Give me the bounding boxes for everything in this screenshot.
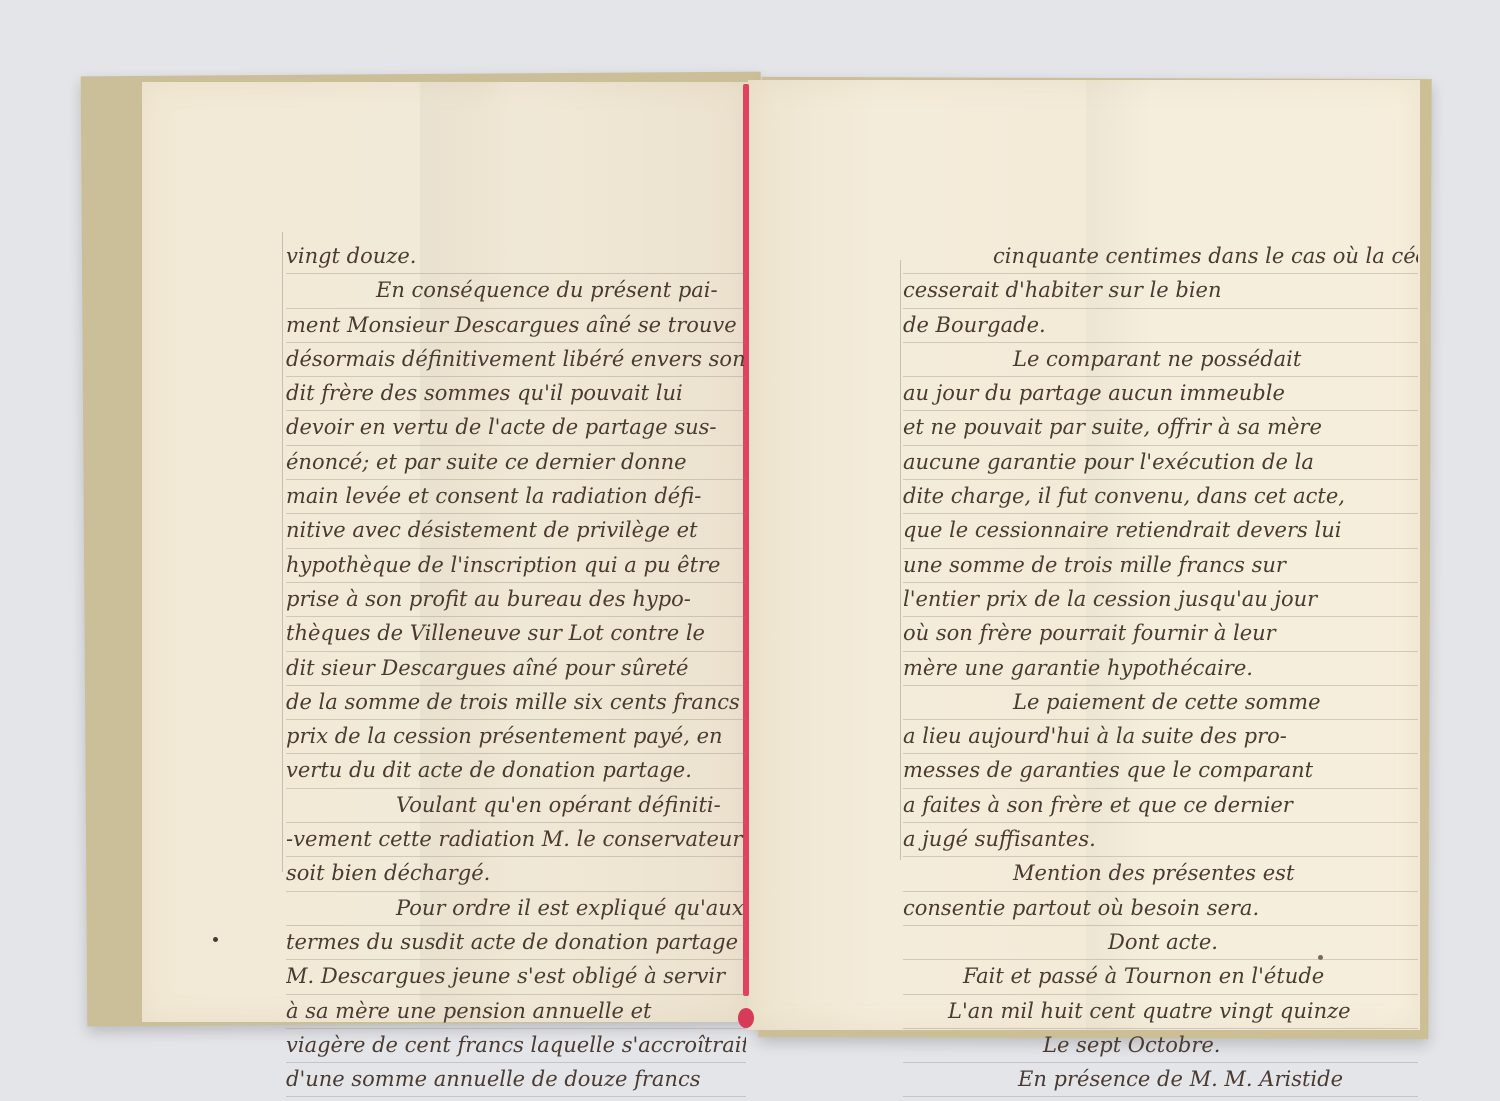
text-line: une somme de trois mille francs sur [903,549,1418,583]
text-line: Le comparant ne possédait [903,343,1418,377]
text-line: au jour du partage aucun immeuble [903,377,1418,411]
text-line: a lieu aujourd'hui à la suite des pro- [903,720,1418,754]
text-line: et ne pouvait par suite, offrir à sa mèr… [903,411,1418,445]
text-line: à sa mère une pension annuelle et [286,995,746,1029]
text-line: thèques de Villeneuve sur Lot contre le [286,617,746,651]
text-line: aucune garantie pour l'exécution de la [903,446,1418,480]
text-line: a faites à son frère et que ce dernier [903,789,1418,823]
text-line: main levée et consent la radiation défi- [286,480,746,514]
text-line: Voulant qu'en opérant définiti- [286,789,746,823]
text-line: Le paiement de cette somme [903,686,1418,720]
ink-dot [213,937,218,942]
text-line: consentie partout où besoin sera. [903,892,1418,926]
text-line: désormais définitivement libéré envers s… [286,343,746,377]
text-line: l'entier prix de la cession jusqu'au jou… [903,583,1418,617]
left-page-text: vingt douze. En conséquence du présent p… [286,240,746,1097]
text-line: nitive avec désistement de privilège et [286,514,746,548]
text-line: dit frère des sommes qu'il pouvait lui [286,377,746,411]
text-line: messes de garanties que le comparant [903,754,1418,788]
text-line: cinquante centimes dans le cas où la céd… [903,240,1418,274]
text-line: Mention des présentes est [903,857,1418,891]
text-line: hypothèque de l'inscription qui a pu êtr… [286,549,746,583]
right-page-text: cinquante centimes dans le cas où la céd… [903,240,1418,1097]
text-line: dite charge, il fut convenu, dans cet ac… [903,480,1418,514]
text-line: cesserait d'habiter sur le bien [903,274,1418,308]
text-line: a jugé suffisantes. [903,823,1418,857]
text-line: ment Monsieur Descargues aîné se trouve [286,309,746,343]
text-line: En conséquence du présent pai- [286,274,746,308]
text-line: que le cessionnaire retiendrait devers l… [903,514,1418,548]
text-line: prix de la cession présentement payé, en [286,720,746,754]
text-line: Le sept Octobre. [903,1029,1418,1063]
text-line: M. Descargues jeune s'est obligé à servi… [286,960,746,994]
text-line: vingt douze. [286,240,746,274]
text-line: viagère de cent francs laquelle s'accroî… [286,1029,746,1063]
text-line: -vement cette radiation M. le conservate… [286,823,746,857]
left-margin-rule [282,232,283,872]
text-line: où son frère pourrait fournir à leur [903,617,1418,651]
right-margin-rule [900,260,901,860]
text-line: En présence de M. M. Aristide [903,1063,1418,1097]
text-line: Fait et passé à Tournon en l'étude [903,960,1418,994]
text-line: termes du susdit acte de donation partag… [286,926,746,960]
text-line: mère une garantie hypothécaire. [903,652,1418,686]
text-line: devoir en vertu de l'acte de partage sus… [286,411,746,445]
text-line: prise à son profit au bureau des hypo- [286,583,746,617]
text-line: Dont acte. [903,926,1418,960]
text-line: vertu du dit acte de donation partage. [286,754,746,788]
text-line: de Bourgade. [903,309,1418,343]
text-line: Pour ordre il est expliqué qu'aux [286,892,746,926]
text-line: dit sieur Descargues aîné pour sûreté [286,652,746,686]
text-line: L'an mil huit cent quatre vingt quinze [903,995,1418,1029]
text-line: de la somme de trois mille six cents fra… [286,686,746,720]
text-line: énoncé; et par suite ce dernier donne [286,446,746,480]
text-line: d'une somme annuelle de douze francs [286,1063,746,1097]
text-line: soit bien déchargé. [286,857,746,891]
